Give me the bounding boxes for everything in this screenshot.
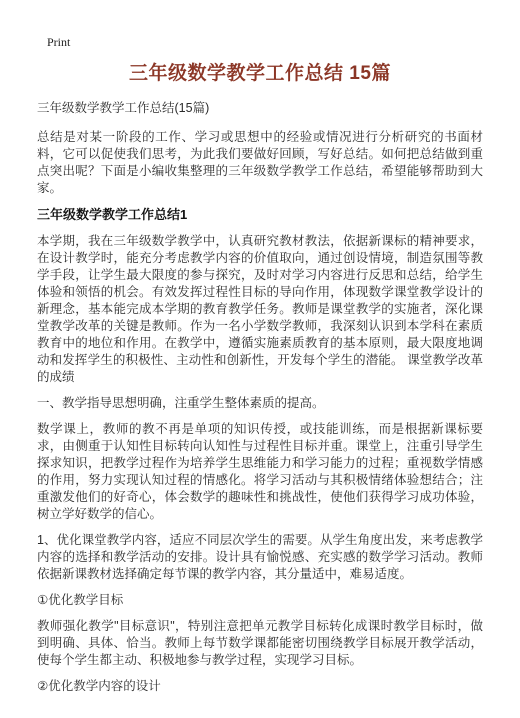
section-heading: 三年级数学教学工作总结1	[37, 206, 483, 223]
paragraph: 教师强化教学"目标意识"，特别注意把单元教学目标转化成课时教学目标时，做到明确、…	[37, 618, 483, 669]
print-link[interactable]: Print	[47, 35, 70, 50]
page-title: 三年级数学教学工作总结 15篇	[37, 62, 483, 86]
article-subtitle: 三年级数学教学工作总结(15篇)	[37, 100, 483, 117]
document-page: Print 三年级数学教学工作总结 15篇 三年级数学教学工作总结(15篇) 总…	[0, 0, 520, 718]
paragraph: 本学期，我在三年级数学教学中，认真研究教材教法，依据新课标的精神要求，在设计教学…	[37, 233, 483, 386]
paragraph-list-marker: ②优化教学内容的设计	[37, 678, 483, 695]
intro-paragraph: 总结是对某一阶段的工作、学习或思想中的经验或情况进行分析研究的书面材料，它可以促…	[37, 129, 483, 197]
paragraph: 1、优化课堂教学内容，适应不同层次学生的需要。从学生角度出发，来考虑教学内容的选…	[37, 532, 483, 583]
paragraph-list-marker: ①优化教学目标	[37, 592, 483, 609]
paragraph: 一、教学指导思想明确，注重学生整体素质的提高。	[37, 395, 483, 412]
paragraph: 数学课上，教师的教不再是单项的知识传授，或技能训练，而是根据新课标要求，由侧重于…	[37, 421, 483, 523]
